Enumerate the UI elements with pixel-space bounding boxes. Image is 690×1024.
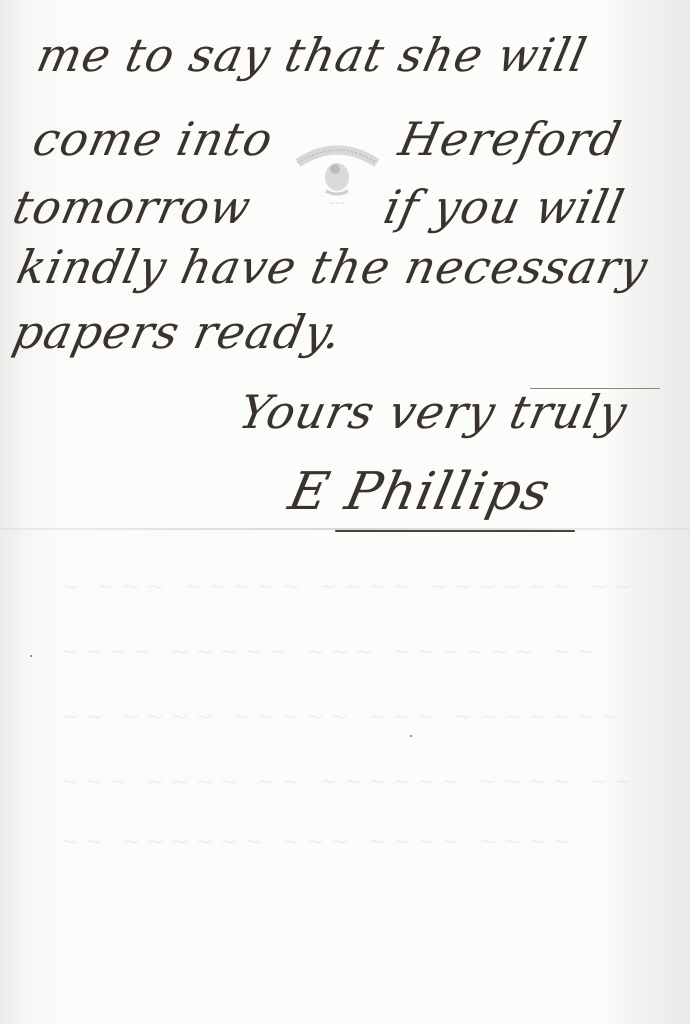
letter-line: me to say that she will xyxy=(32,28,592,82)
letter-line: papers ready. xyxy=(8,305,347,359)
bleed-through-text: ~~ ~~~~~~ ~~~ ~~~~ ~~~~ xyxy=(60,830,630,852)
letter-line-place: Hereford xyxy=(394,112,626,166)
embossed-crest-icon: ~~~ xyxy=(290,135,385,210)
letter-line: tomorrow xyxy=(8,180,256,234)
bleed-through-text: ~~~ ~~~~ ~~ ~~~~~~ ~~~~ ~~ xyxy=(60,770,630,792)
letter-closing: Yours very truly xyxy=(234,385,632,439)
decorative-flourish xyxy=(530,388,660,389)
signature: E Phillips xyxy=(284,462,556,522)
signature-underline xyxy=(335,530,575,532)
bleed-through-text: ~~~~ ~~~~~ ~~~ ~~~~~~ ~~ xyxy=(60,640,630,662)
bleed-through-text: ~~ ~~~~ ~~~~~ ~~~ ~~~~~~~ xyxy=(60,705,630,727)
ink-speck xyxy=(410,735,412,737)
svg-text:~~~: ~~~ xyxy=(330,200,345,207)
letter-line: if you will xyxy=(379,180,629,234)
letter-page: ~ ~~~ ~~~~~ ~~~~ ~~~~~~ ~~~ ~~~~ ~~~~~ ~… xyxy=(0,0,690,1024)
letter-line: come into xyxy=(28,112,278,166)
letter-line: kindly have the necessary xyxy=(12,240,653,294)
ink-speck xyxy=(30,655,32,657)
bleed-through-text: ~ ~~~ ~~~~~ ~~~~ ~~~~~~ ~~~ xyxy=(60,575,630,597)
